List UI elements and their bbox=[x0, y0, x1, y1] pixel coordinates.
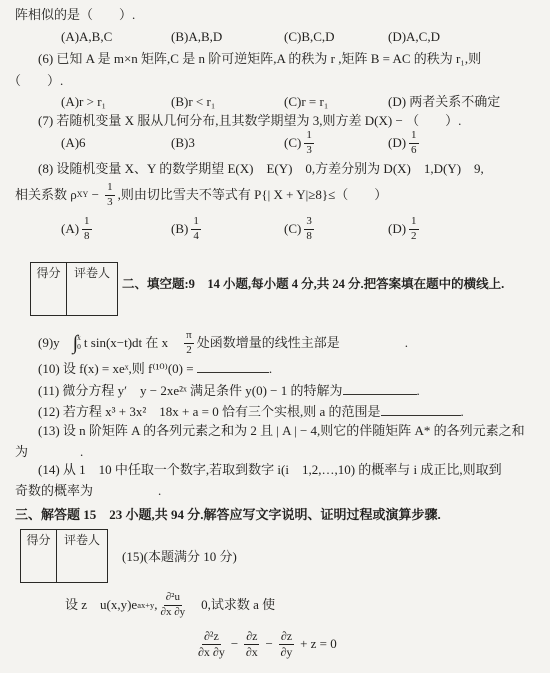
option-b: (B)r < r₁ bbox=[171, 94, 284, 110]
grader-label: 评卷人 bbox=[64, 533, 100, 582]
question11: (11) 微分方程 y′ y − 2xe²ˣ 满足条件 y(0) − 1 的特解… bbox=[38, 382, 420, 399]
question15-setup: 设 z u(x,y)eax+y, ∂²u∂x ∂y 0,试求数 a 使 bbox=[65, 590, 275, 620]
equation-tail: + z = 0 bbox=[300, 636, 337, 652]
score-label: 得分 bbox=[26, 533, 50, 582]
partial-derivative-fraction: ∂z∂x bbox=[244, 630, 259, 658]
question14-line1: (14) 从 1 10 中任取一个数字,若取到数字 i(i 1,2,…,10) … bbox=[38, 462, 502, 478]
question7-stem: (7) 若随机变量 X 服从几何分布,且其数学期望为 3,则方差 D(X) − … bbox=[38, 113, 461, 129]
question6-stem-line1: (6) 已知 A 是 m×n 矩阵,C 是 n 阶可逆矩阵,A 的秩为 r ,矩… bbox=[38, 51, 481, 67]
option-d: (D)A,C,D bbox=[388, 29, 545, 45]
question6-options: (A)r > r₁ (B)r < r₁ (C)r = r₁ (D) 两者关系不确… bbox=[15, 94, 545, 110]
question6-stem-line2: （ ）. bbox=[8, 73, 63, 89]
answer-blank bbox=[197, 360, 269, 373]
stem-text: 奇数的概率为 bbox=[15, 483, 93, 498]
score-label: 得分 bbox=[36, 266, 60, 315]
stem-text: . bbox=[158, 483, 161, 498]
stem-text: (12) 若方程 x³ + 3x² 18x + a = 0 恰有三个实根,则 a… bbox=[38, 404, 381, 419]
option-c: (C)B,C,D bbox=[284, 29, 388, 45]
stem-text: . bbox=[269, 361, 272, 376]
stem-text: (11) 微分方程 y′ y − 2xe²ˣ 满足条件 y(0) − 1 的特解… bbox=[38, 383, 343, 398]
question5-options: (A)A,B,C (B)A,B,D (C)B,C,D (D)A,C,D bbox=[15, 29, 545, 45]
answer-gap bbox=[93, 483, 158, 498]
minus-sign: − bbox=[231, 636, 238, 652]
option-c: (C) 13 bbox=[284, 128, 388, 158]
answer-gap bbox=[28, 444, 80, 459]
stem-text: , bbox=[154, 597, 157, 613]
stem-text: . bbox=[405, 335, 408, 351]
fraction: 38 bbox=[304, 216, 314, 242]
option-b: (B) 14 bbox=[171, 214, 284, 244]
option-c: (C) 38 bbox=[284, 214, 388, 244]
fraction: 16 bbox=[409, 130, 419, 156]
stem-text: (10) 设 f(x) = xeˣ,则 f⁽¹⁰⁾(0) = bbox=[38, 361, 197, 376]
fraction: 13 bbox=[105, 182, 115, 208]
question5-stem-tail: 阵相似的是（ ）. bbox=[15, 7, 135, 23]
option-c: (C)r = r₁ bbox=[284, 94, 388, 110]
stem-text: ,则由切比雪夫不等式有 P{| X + Y|≥8}≤（ ） bbox=[118, 187, 388, 203]
question8-options: (A) 18 (B) 14 (C) 38 (D) 12 bbox=[15, 214, 545, 244]
option-a: (A)6 bbox=[61, 128, 171, 158]
rho-subscript: XY bbox=[77, 190, 89, 200]
exponent: ax+y bbox=[137, 600, 154, 611]
stem-text: 为 bbox=[15, 444, 28, 459]
fraction: 18 bbox=[82, 216, 92, 242]
grader-cell: 评卷人 bbox=[57, 530, 107, 582]
stem-text: . bbox=[80, 444, 83, 459]
option-b: (B)3 bbox=[171, 128, 284, 158]
question10: (10) 设 f(x) = xeˣ,则 f⁽¹⁰⁾(0) = . bbox=[38, 360, 272, 377]
question13-line2: 为 . bbox=[15, 444, 83, 460]
question8-stem-line2: 相关系数 ρXY − 13 ,则由切比雪夫不等式有 P{| X + Y|≥8}≤… bbox=[15, 181, 387, 209]
question15-equation: ∂²z∂x ∂y − ∂z∂x − ∂z∂y + z = 0 bbox=[195, 626, 337, 662]
partial-derivative-fraction: ∂z∂y bbox=[279, 630, 294, 658]
grader-label: 评卷人 bbox=[74, 266, 110, 315]
option-a: (A)r > r₁ bbox=[61, 94, 171, 110]
partial-derivative-fraction: ∂²u∂x ∂y bbox=[161, 592, 186, 618]
answer-gap bbox=[340, 335, 405, 351]
question7-options: (A)6 (B)3 (C) 13 (D) 16 bbox=[15, 128, 545, 158]
grader-cell: 评卷人 bbox=[67, 263, 117, 315]
stem-text: 相关系数 ρ bbox=[15, 187, 77, 203]
stem-text: (9)y bbox=[38, 335, 73, 351]
partial-derivative-fraction: ∂²z∂x ∂y bbox=[198, 630, 225, 658]
option-a: (A) 18 bbox=[61, 214, 171, 244]
score-cell: 得分 bbox=[31, 263, 67, 315]
option-d: (D) 12 bbox=[388, 214, 545, 244]
stem-text: 设 z u(x,y)e bbox=[65, 597, 137, 613]
option-a: (A)A,B,C bbox=[61, 29, 171, 45]
score-cell: 得分 bbox=[21, 530, 57, 582]
fraction: 13 bbox=[304, 130, 314, 156]
score-box: 得分 评卷人 bbox=[30, 262, 118, 316]
answer-blank bbox=[381, 403, 461, 416]
option-d: (D) 16 bbox=[388, 128, 545, 158]
section3-heading: 三、解答题 15 23 小题,共 94 分.解答应写文字说明、证明过程或演算步骤… bbox=[15, 507, 441, 523]
integral-bounds: x0 bbox=[77, 334, 81, 351]
fraction: π2 bbox=[184, 330, 194, 356]
minus-sign: − bbox=[265, 636, 272, 652]
section2-heading: 二、填空题:9 14 小题,每小题 4 分,共 24 分.把答案填在题中的横线上… bbox=[122, 277, 504, 293]
question12: (12) 若方程 x³ + 3x² 18x + a = 0 恰有三个实根,则 a… bbox=[38, 403, 464, 420]
stem-text: . bbox=[461, 404, 464, 419]
option-d: (D) 两者关系不确定 bbox=[388, 94, 545, 110]
question15-title: (15)(本题满分 10 分) bbox=[122, 549, 237, 565]
stem-text: 处函数增量的线性主部是 bbox=[197, 335, 340, 351]
stem-text: . bbox=[417, 383, 420, 398]
option-b: (B)A,B,D bbox=[171, 29, 284, 45]
exam-page: 阵相似的是（ ）. (A)A,B,C (B)A,B,D (C)B,C,D (D)… bbox=[0, 0, 550, 673]
question13-line1: (13) 设 n 阶矩阵 A 的各列元素之和为 2 且 | A | − 4,则它… bbox=[38, 423, 525, 439]
answer-blank bbox=[343, 382, 417, 395]
fraction: 14 bbox=[191, 216, 201, 242]
stem-text: 0,试求数 a 使 bbox=[188, 597, 275, 613]
question14-line2: 奇数的概率为 . bbox=[15, 483, 161, 499]
score-box: 得分 评卷人 bbox=[20, 529, 108, 583]
fraction: 12 bbox=[409, 216, 419, 242]
question8-stem-line1: (8) 设随机变量 X、Y 的数学期望 E(X) E(Y) 0,方差分别为 D(… bbox=[38, 161, 484, 177]
stem-text: − bbox=[88, 187, 102, 203]
question9: (9)y ∫ x0 t sin(x−t)dt 在 x π2 处函数增量的线性主部… bbox=[38, 328, 408, 358]
stem-text: t sin(x−t)dt 在 x bbox=[84, 335, 181, 351]
